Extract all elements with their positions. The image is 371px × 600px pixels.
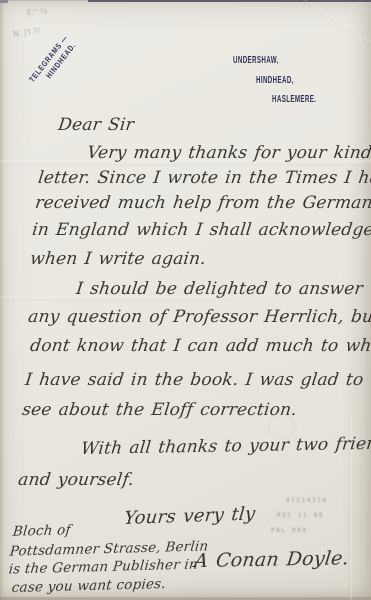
handwritten-line: letter. Since I wrote in the Times I hav… bbox=[37, 168, 371, 188]
handwritten-line: With all thanks to your two friends bbox=[80, 433, 371, 459]
closing-line: Yours very tly bbox=[123, 503, 256, 529]
handwritten-line: dont know that I can add much to what bbox=[29, 336, 371, 356]
faint-stamp-mark: 47214374 bbox=[286, 497, 328, 504]
letterhead-address-line: HASLEMERE. bbox=[272, 94, 316, 105]
handwritten-line: when I write again. bbox=[29, 249, 207, 269]
handwritten-line: I should be delighted to answer bbox=[75, 279, 364, 299]
pencil-mark: E:'' ?s bbox=[27, 7, 48, 16]
postscript-line: is the German Publisher in bbox=[8, 557, 199, 578]
handwritten-line: I have said in the book. I was glad to bbox=[24, 370, 365, 390]
scan-edge-top-faint bbox=[8, 0, 88, 1]
scan-edge-left bbox=[0, 0, 4, 600]
scan-edge-top bbox=[88, 0, 371, 2]
paper-crease bbox=[275, 0, 371, 54]
handwritten-line: any question of Professor Herrlich, but … bbox=[27, 307, 371, 327]
handwritten-line: in England which I shall acknowledge bbox=[31, 220, 371, 240]
handwritten-line: and yourself. bbox=[17, 470, 135, 490]
handwritten-line: received much help from the Germans bbox=[34, 193, 371, 213]
postscript-line: case you want copies. bbox=[11, 576, 167, 596]
handwritten-line: see about the Eloff correction. bbox=[21, 400, 298, 420]
faint-stamp-mark: PAL 984 bbox=[271, 527, 308, 534]
signature: A Conan Doyle. bbox=[193, 547, 350, 572]
faint-stamp-mark: REC 11 49 bbox=[277, 512, 324, 519]
letterhead-address-line: UNDERSHAW, bbox=[233, 55, 279, 66]
pencil-mark: N. j'l ?/ bbox=[13, 26, 41, 39]
postscript-line: Bloch of bbox=[12, 522, 71, 540]
letterhead-address-line: HINDHEAD, bbox=[256, 75, 294, 86]
letter-page: TELEGRAMS — HINDHEAD. UNDERSHAW,HINDHEAD… bbox=[0, 0, 371, 600]
handwritten-line: Very many thanks for your kind bbox=[86, 143, 371, 163]
handwritten-line: Dear Sir bbox=[57, 115, 135, 135]
